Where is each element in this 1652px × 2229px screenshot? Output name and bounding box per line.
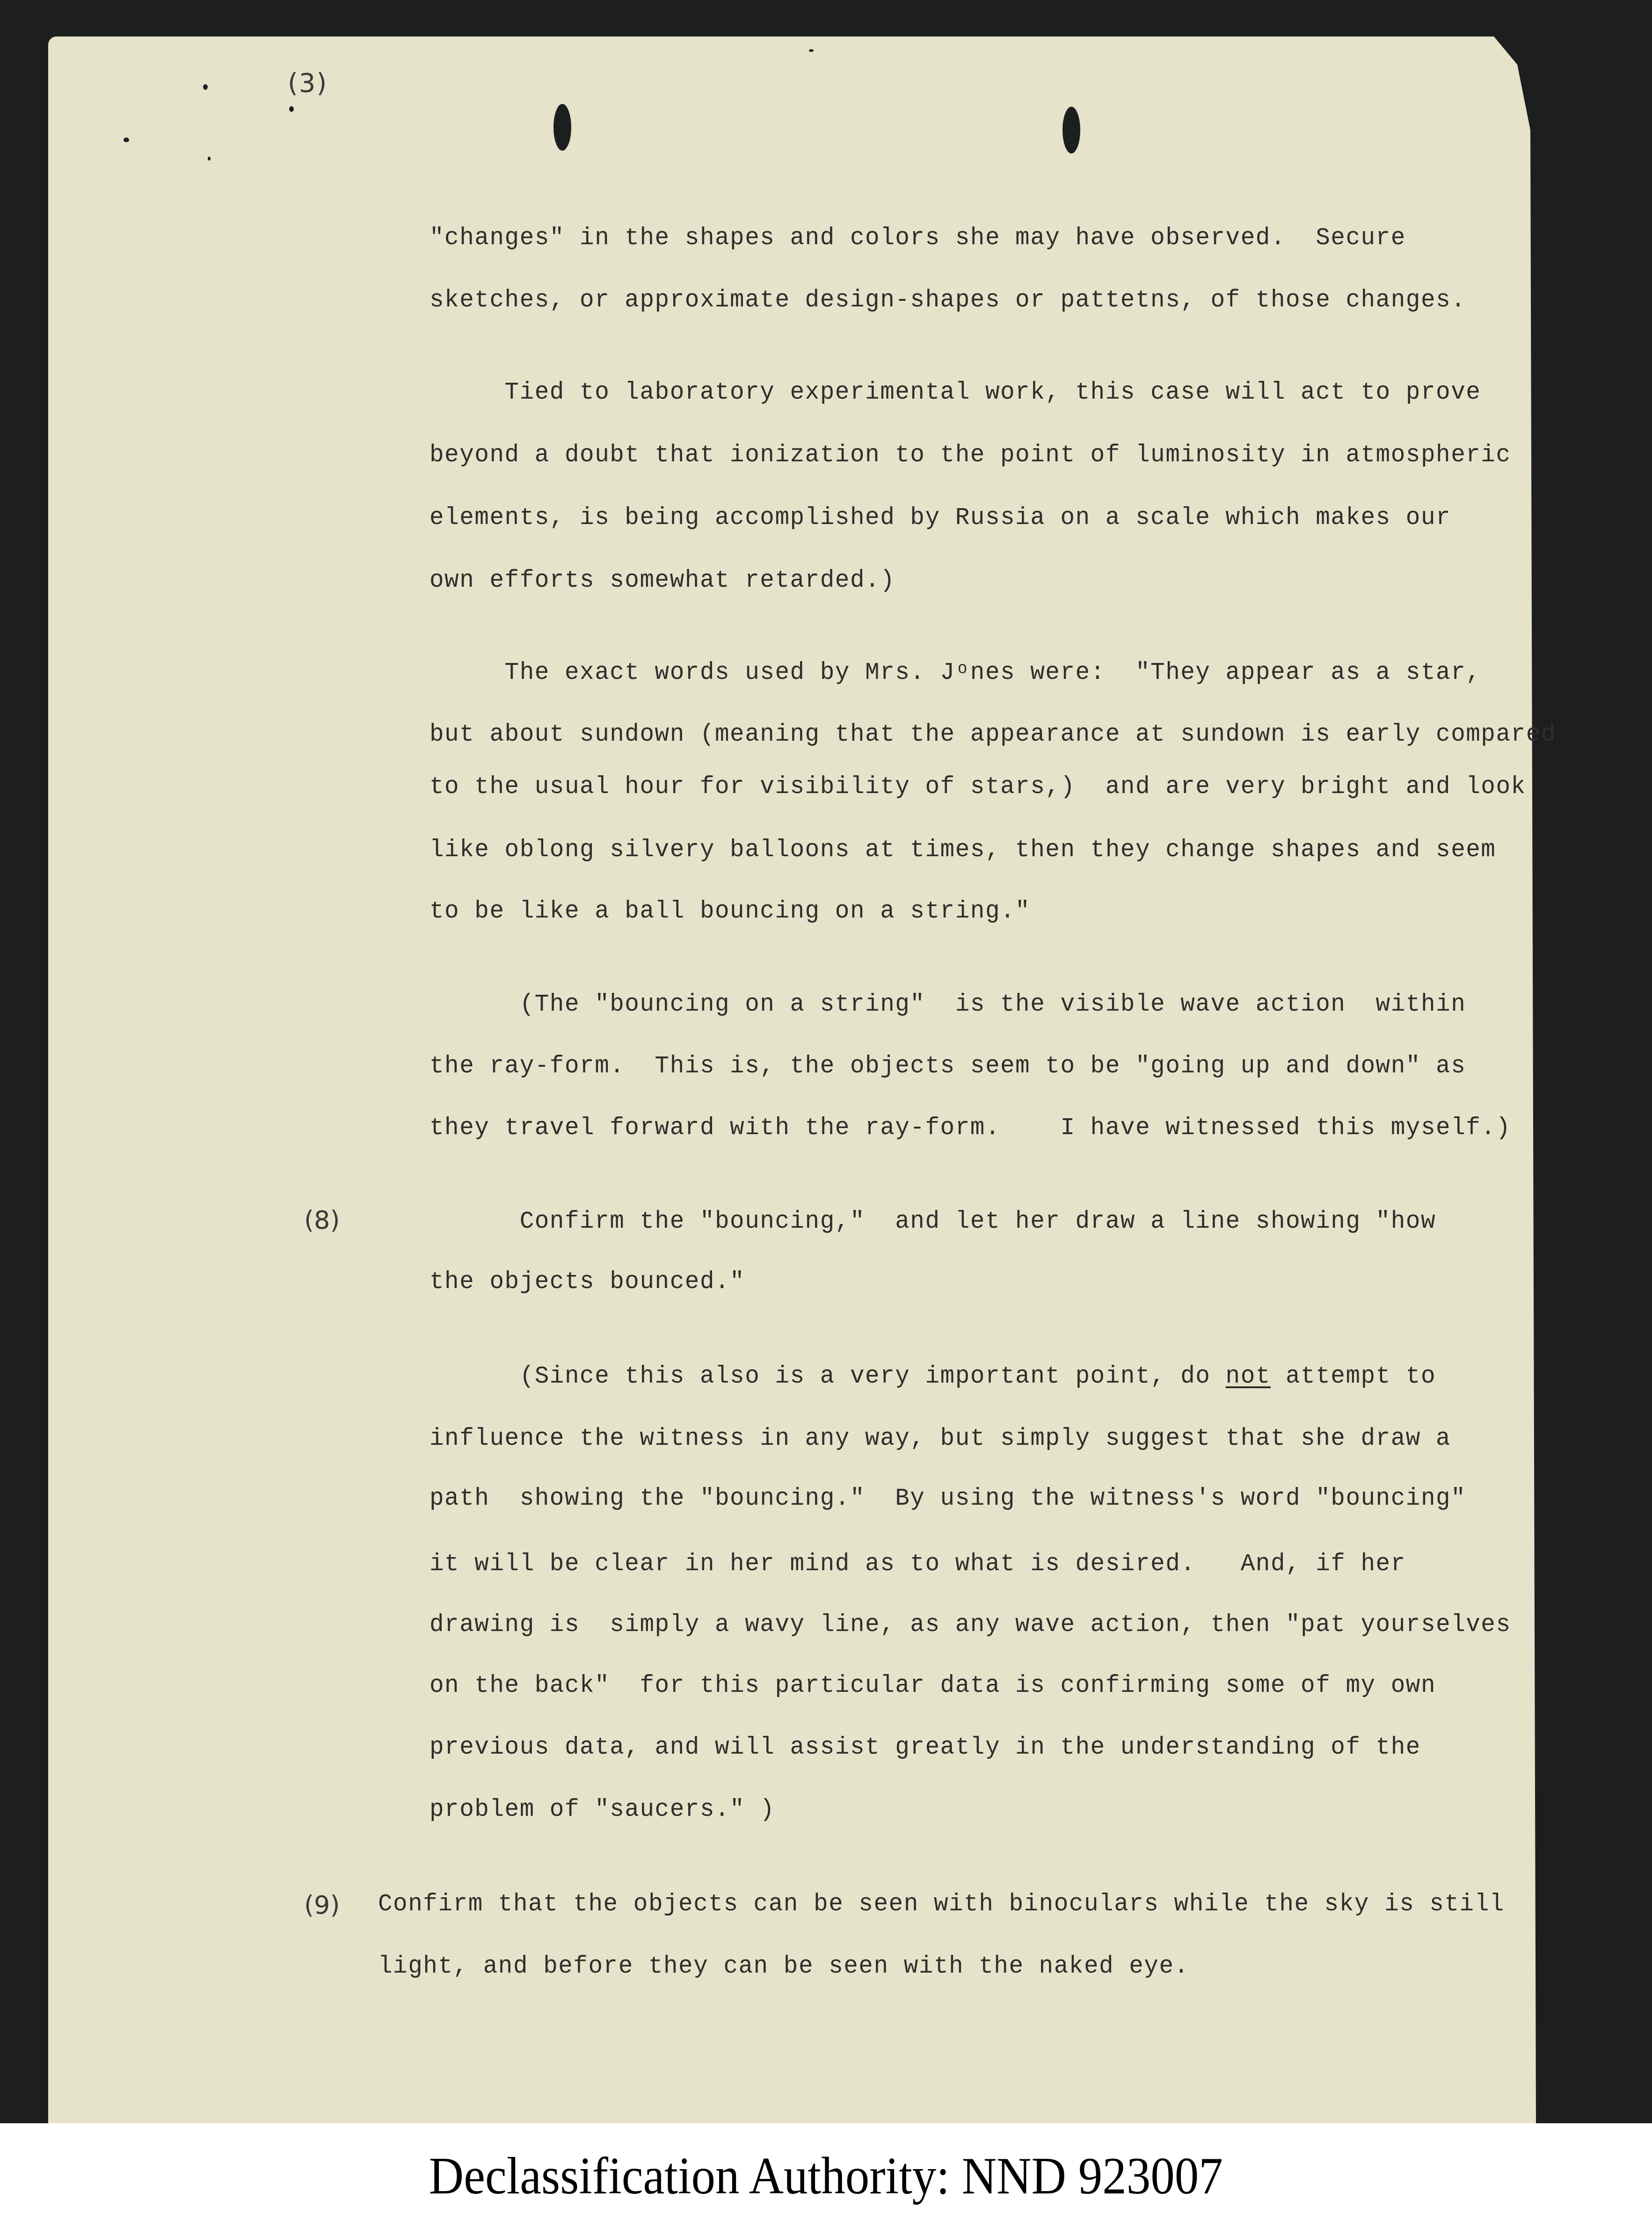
page-number: (3): [288, 68, 327, 98]
text-line: Confirm the "bouncing," and let her draw…: [429, 1210, 1436, 1234]
text-line: problem of "saucers." ): [429, 1798, 775, 1822]
text-line: previous data, and will assist greatly i…: [429, 1736, 1421, 1760]
text-segment: (Since this also is a very important poi…: [429, 1363, 1226, 1390]
text-segment: attempt to: [1271, 1363, 1436, 1390]
declassification-footer: Declassification Authority: NND 923007: [0, 2123, 1652, 2229]
typewritten-page: [48, 36, 1611, 2123]
ink-speck: [124, 138, 129, 142]
text-line: light, and before they can be seen with …: [378, 1955, 1189, 1979]
text-line: the objects bounced.": [429, 1270, 745, 1294]
text-line: elements, is being accomplished by Russi…: [429, 506, 1451, 530]
ink-speck: [289, 106, 294, 112]
text-line: sketches, or approximate design-shapes o…: [429, 289, 1466, 313]
text-line: The exact words used by Mrs. Jᵒnes were:…: [429, 661, 1481, 685]
item-number-8: (8): [304, 1205, 340, 1235]
text-line: beyond a doubt that ionization to the po…: [429, 444, 1511, 467]
text-line: on the back" for this particular data is…: [429, 1674, 1436, 1698]
text-line: Confirm that the objects can be seen wit…: [378, 1893, 1505, 1916]
ink-speck: [208, 157, 211, 160]
text-line: it will be clear in her mind as to what …: [429, 1552, 1406, 1576]
text-line: but about sundown (meaning that the appe…: [429, 723, 1556, 747]
text-line: drawing is simply a wavy line, as any wa…: [429, 1613, 1511, 1637]
text-line: (The "bouncing on a string" is the visib…: [429, 993, 1466, 1017]
text-line: path showing the "bouncing." By using th…: [429, 1487, 1466, 1511]
text-line: the ray-form. This is, the objects seem …: [429, 1055, 1466, 1078]
declassification-authority-text: Declassification Authority: NND 923007: [429, 2146, 1223, 2207]
punch-hole-right: [1063, 107, 1080, 153]
text-line: like oblong silvery balloons at times, t…: [429, 838, 1496, 862]
ink-speck: [809, 49, 814, 52]
text-line: Tied to laboratory experimental work, th…: [429, 381, 1481, 405]
text-line: "changes" in the shapes and colors she m…: [429, 226, 1406, 250]
ink-speck: [203, 84, 208, 90]
text-line: (Since this also is a very important poi…: [429, 1365, 1436, 1389]
item-number-9: (9): [304, 1890, 340, 1920]
text-line: they travel forward with the ray-form. I…: [429, 1116, 1511, 1140]
text-line: to be like a ball bouncing on a string.": [429, 900, 1030, 924]
text-line: to the usual hour for visibility of star…: [429, 775, 1526, 799]
underlined-word: not: [1226, 1363, 1271, 1390]
text-line: influence the witness in any way, but si…: [429, 1427, 1451, 1451]
punch-hole-left: [553, 104, 571, 151]
text-line: own efforts somewhat retarded.): [429, 569, 895, 593]
